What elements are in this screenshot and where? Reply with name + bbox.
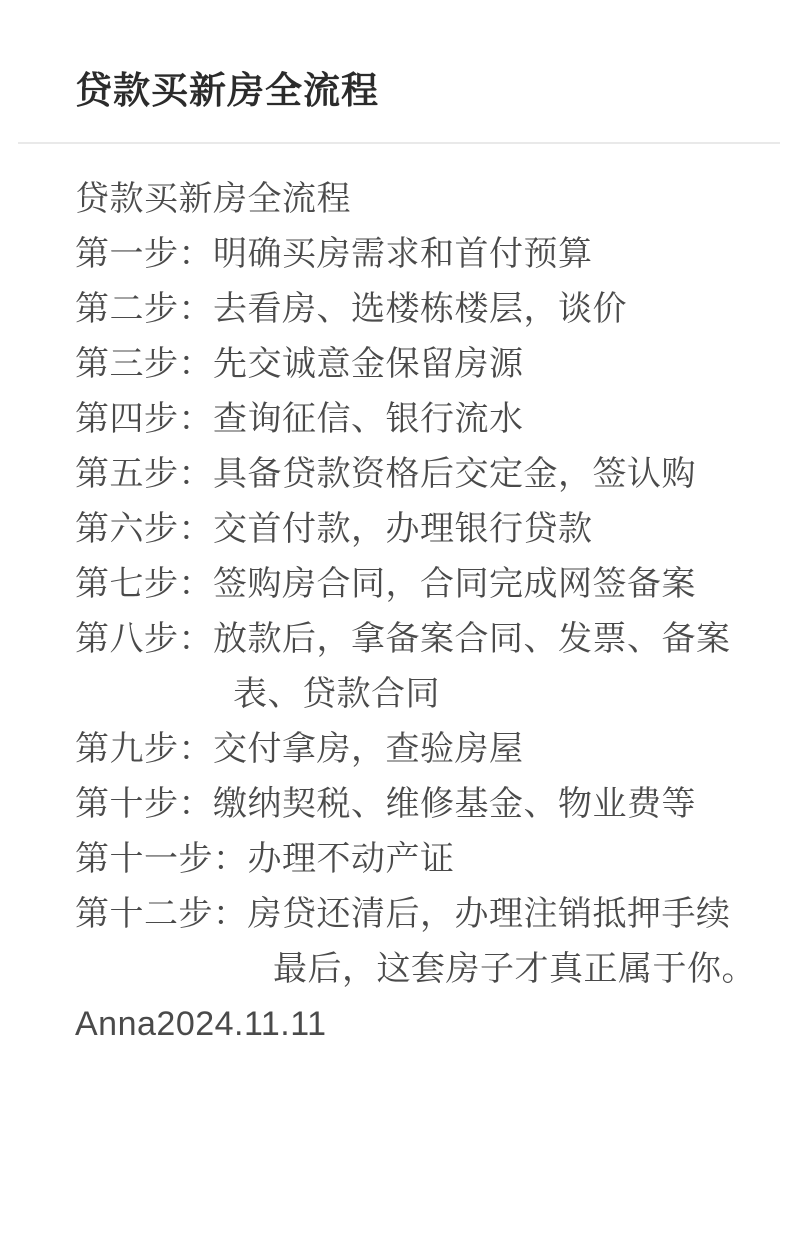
closing-line: 最后，这套房子才真正属于你。 <box>75 942 760 997</box>
step-8-line: 第八步：放款后，拿备案合同、发票、备案 <box>75 612 760 667</box>
step-3-line: 第三步：先交诚意金保留房源 <box>75 337 760 392</box>
step-6-line: 第六步：交首付款，办理银行贷款 <box>75 502 760 557</box>
signature-line: Anna2024.11.11 <box>75 997 760 1052</box>
step-4-line: 第四步：查询征信、银行流水 <box>75 392 760 447</box>
document-body: 贷款买新房全流程 第一步：明确买房需求和首付预算 第二步：去看房、选楼栋楼层，谈… <box>75 172 760 1052</box>
step-8-continuation-line: 表、贷款合同 <box>75 667 760 722</box>
step-10-line: 第十步：缴纳契税、维修基金、物业费等 <box>75 777 760 832</box>
step-12-line: 第十二步：房贷还清后，办理注销抵押手续 <box>75 887 760 942</box>
step-2-line: 第二步：去看房、选楼栋楼层，谈价 <box>75 282 760 337</box>
step-11-line: 第十一步：办理不动产证 <box>75 832 760 887</box>
step-7-line: 第七步：签购房合同，合同完成网签备案 <box>75 557 760 612</box>
step-5-line: 第五步：具备贷款资格后交定金，签认购 <box>75 447 760 502</box>
page-title: 贷款买新房全流程 <box>0 0 800 109</box>
body-heading-line: 贷款买新房全流程 <box>75 172 760 227</box>
divider <box>18 142 780 144</box>
document-page: 贷款买新房全流程 贷款买新房全流程 第一步：明确买房需求和首付预算 第二步：去看… <box>0 0 800 1233</box>
step-9-line: 第九步：交付拿房，查验房屋 <box>75 722 760 777</box>
step-1-line: 第一步：明确买房需求和首付预算 <box>75 227 760 282</box>
